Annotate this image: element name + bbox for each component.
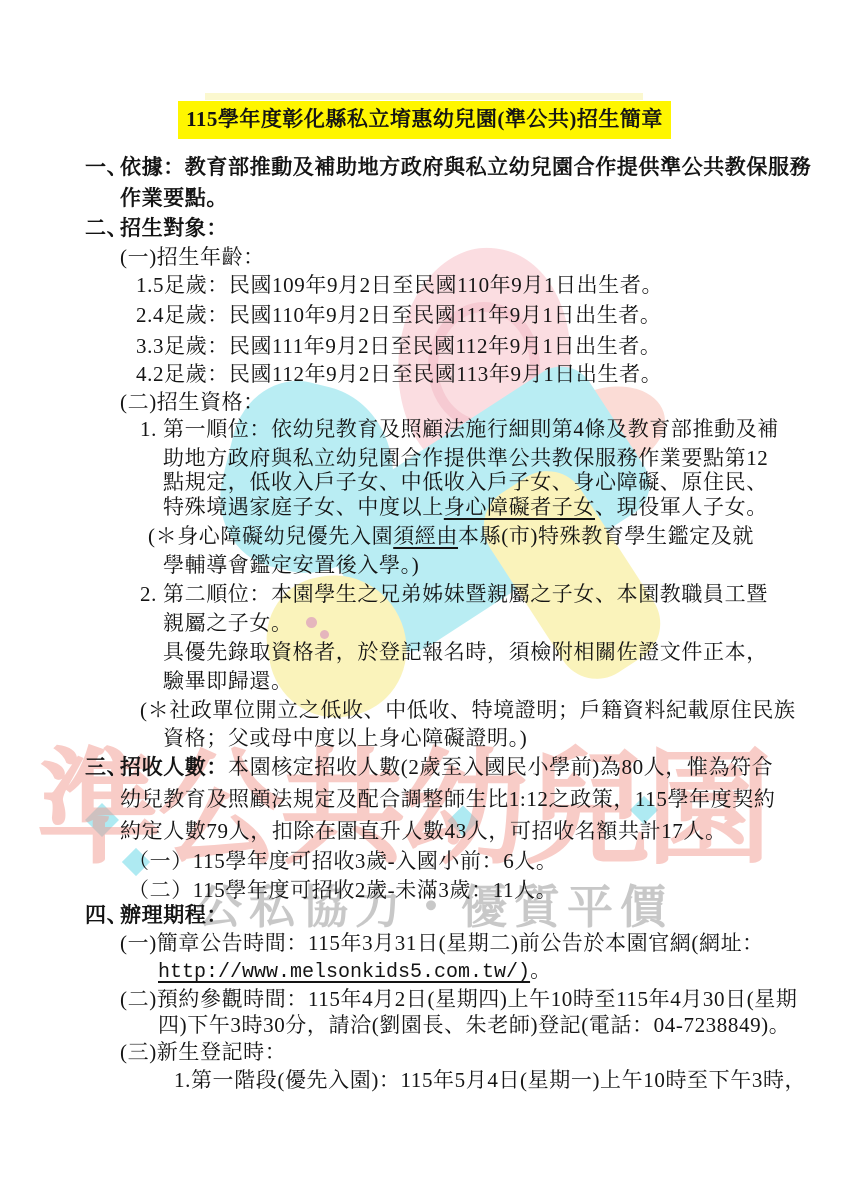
doc-text-run: 3.3足歲：民國111年9月2日至民國112年9月1日出生者。: [136, 336, 662, 357]
doc-text: (＊社政單位開立之低收、中低收、特境證明；戶籍資料紀載原住民族: [140, 698, 796, 722]
doc-underlined-text: 須經由: [393, 524, 458, 548]
doc-text: 第二順位：本園學生之兄弟姊妹暨親屬之子女、本園教職員工暨: [163, 582, 768, 606]
doc-text: （二）115學年度可招收2歲-未滿3歲：11人。: [128, 878, 557, 902]
doc-text: 招收人數：: [120, 755, 228, 779]
doc-text: (一)招生年齡：: [120, 245, 265, 269]
watermark-face-dot-1: [306, 617, 317, 628]
doc-text-run: 1.: [140, 419, 157, 440]
doc-text: 資格；父或母中度以上身心障礙證明。): [163, 726, 527, 750]
doc-text: 本園核定招收人數(2歲至入國民小學前)為80人，惟為符合: [228, 755, 773, 779]
doc-text-run: （一）115學年度可招收3歲-入國小前：6人。: [128, 851, 558, 872]
doc-text-run: (一)招生年齡：: [120, 247, 265, 268]
doc-text: (二)招生資格：: [120, 390, 265, 414]
doc-text-run: (一)簡章公告時間：115年3月31日(星期二)前公告於本園官網(網址：: [120, 933, 764, 954]
doc-text: 2.: [140, 582, 157, 606]
doc-text-run: 特殊境遇家庭子女、中度以上身心障礙者子女、現役軍人子女。: [163, 497, 768, 518]
faint-highlight-strip: [205, 93, 643, 100]
doc-text-run: (＊社政單位開立之低收、中低收、特境證明；戶籍資料紀載原住民族: [140, 700, 796, 721]
doc-text-run: 招收人數：本園核定招收人數(2歲至入國民小學前)為80人，惟為符合: [120, 757, 773, 778]
doc-text-run: 第一順位：依幼兒教育及照顧法施行細則第4條及教育部推動及補: [163, 419, 779, 440]
doc-text: 1.: [140, 417, 157, 441]
doc-text: 四)下午3時30分，請洽(劉園長、朱老師)登記(電話：04-7238849)。: [158, 1013, 790, 1037]
document-title: 115學年度彰化縣私立堉惠幼兒園(準公共)招生簡章: [178, 101, 671, 139]
doc-text: 點規定，低收入戶子女、中低收入戶子女、身心障礙、原住民、: [163, 470, 768, 494]
doc-text-run: 學輔導會鑑定安置後入學。): [163, 555, 419, 576]
doc-text: (一)簡章公告時間：115年3月31日(星期二)前公告於本園官網(網址：: [120, 931, 764, 955]
doc-text: 特殊境遇家庭子女、中度以上: [163, 495, 444, 519]
doc-text: 。: [530, 958, 552, 982]
document-page: 準公共幼兒園 公私協力・優質平價 115學年度彰化縣私立堉惠幼兒園(準公共)招生…: [0, 0, 849, 1200]
doc-text-run: (二)預約參觀時間：115年4月2日(星期四)上午10時至115年4月30日(星…: [120, 989, 798, 1010]
doc-text-run: 資格；父或母中度以上身心障礙證明。): [163, 728, 527, 749]
doc-text-run: 助地方政府與私立幼兒園合作提供準公共教保服務作業要點第12: [163, 448, 768, 469]
doc-underlined-text: 身心障礙者子女: [444, 495, 595, 519]
doc-text: 親屬之子女。: [163, 611, 293, 635]
watermark-face-dot-2: [320, 630, 329, 639]
doc-text-run: 點規定，低收入戶子女、中低收入戶子女、身心障礙、原住民、: [163, 472, 768, 493]
doc-text-run: 招生對象：: [120, 218, 228, 239]
doc-text-run: 約定人數79人，扣除在園直升人數43人，可招收名額共計17人。: [120, 821, 727, 842]
doc-text: 3.3足歲：民國111年9月2日至民國112年9月1日出生者。: [136, 334, 662, 358]
doc-text: 1.5足歲：民國109年9月2日至民國110年9月1日出生者。: [136, 273, 663, 297]
doc-text: 本縣(市)特殊教育學生鑑定及就: [458, 524, 754, 548]
doc-text-run: 四)下午3時30分，請洽(劉園長、朱老師)登記(電話：04-7238849)。: [158, 1015, 790, 1036]
document-title-row: 115學年度彰化縣私立堉惠幼兒園(準公共)招生簡章: [0, 101, 849, 139]
doc-text: 辦理期程：: [120, 903, 228, 927]
doc-text-run: 1.第一階段(優先入園)：115年5月4日(星期一)上午10時至下午3時，: [174, 1070, 806, 1091]
doc-text: (＊身心障礙幼兒優先入園: [148, 524, 393, 548]
doc-text-run: 2.: [140, 584, 157, 605]
doc-text: 依據：教育部推動及補助地方政府與私立幼兒園合作提供準公共教保服務: [120, 155, 811, 179]
doc-text: 具優先錄取資格者，於登記報名時，須檢附相關佐證文件正本，: [163, 640, 768, 664]
doc-text-run: 依據：教育部推動及補助地方政府與私立幼兒園合作提供準公共教保服務: [120, 157, 811, 178]
doc-underlined-text: http://www.melsonkids5.com.tw/): [158, 961, 530, 984]
doc-text: （一）115學年度可招收3歲-入國小前：6人。: [128, 849, 558, 873]
doc-text-run: 具優先錄取資格者，於登記報名時，須檢附相關佐證文件正本，: [163, 642, 768, 663]
doc-text-run: 作業要點。: [120, 188, 228, 209]
doc-text-run: 驗畢即歸還。: [163, 671, 293, 692]
doc-text-run: （二）115學年度可招收2歲-未滿3歲：11人。: [128, 880, 557, 901]
doc-text: 1.第一階段(優先入園)：115年5月4日(星期一)上午10時至下午3時，: [174, 1068, 806, 1092]
doc-text: 幼兒教育及照顧法規定及配合調整師生比1:12之政策，115學年度契約: [120, 787, 775, 811]
doc-text: 2.4足歲：民國110年9月2日至民國111年9月1日出生者。: [136, 303, 662, 327]
doc-text: 4.2足歲：民國112年9月2日至民國113年9月1日出生者。: [136, 362, 662, 386]
doc-text-run: 第二順位：本園學生之兄弟姊妹暨親屬之子女、本園教職員工暨: [163, 584, 768, 605]
doc-text-run: 1.5足歲：民國109年9月2日至民國110年9月1日出生者。: [136, 275, 663, 296]
doc-text-run: (三)新生登記時：: [120, 1042, 286, 1063]
doc-text-run: http://www.melsonkids5.com.tw/)。: [158, 960, 552, 983]
doc-text: (三)新生登記時：: [120, 1040, 286, 1064]
doc-text: 第一順位：依幼兒教育及照顧法施行細則第4條及教育部推動及補: [163, 417, 779, 441]
doc-text-run: (＊身心障礙幼兒優先入園須經由本縣(市)特殊教育學生鑑定及就: [148, 526, 754, 547]
doc-text-run: 幼兒教育及照顧法規定及配合調整師生比1:12之政策，115學年度契約: [120, 789, 775, 810]
doc-text: 驗畢即歸還。: [163, 669, 293, 693]
doc-text-run: 2.4足歲：民國110年9月2日至民國111年9月1日出生者。: [136, 305, 662, 326]
doc-text: 招生對象：: [120, 216, 228, 240]
doc-text-run: 4.2足歲：民國112年9月2日至民國113年9月1日出生者。: [136, 364, 662, 385]
doc-text-run: (二)招生資格：: [120, 392, 265, 413]
doc-text: 約定人數79人，扣除在園直升人數43人，可招收名額共計17人。: [120, 819, 727, 843]
doc-text: 助地方政府與私立幼兒園合作提供準公共教保服務作業要點第12: [163, 446, 768, 470]
doc-text: 、現役軍人子女。: [595, 495, 768, 519]
doc-text: (二)預約參觀時間：115年4月2日(星期四)上午10時至115年4月30日(星…: [120, 987, 798, 1011]
doc-text-run: 親屬之子女。: [163, 613, 293, 634]
doc-text: 作業要點。: [120, 186, 228, 210]
doc-text-run: 辦理期程：: [120, 905, 228, 926]
doc-text: 學輔導會鑑定安置後入學。): [163, 553, 419, 577]
